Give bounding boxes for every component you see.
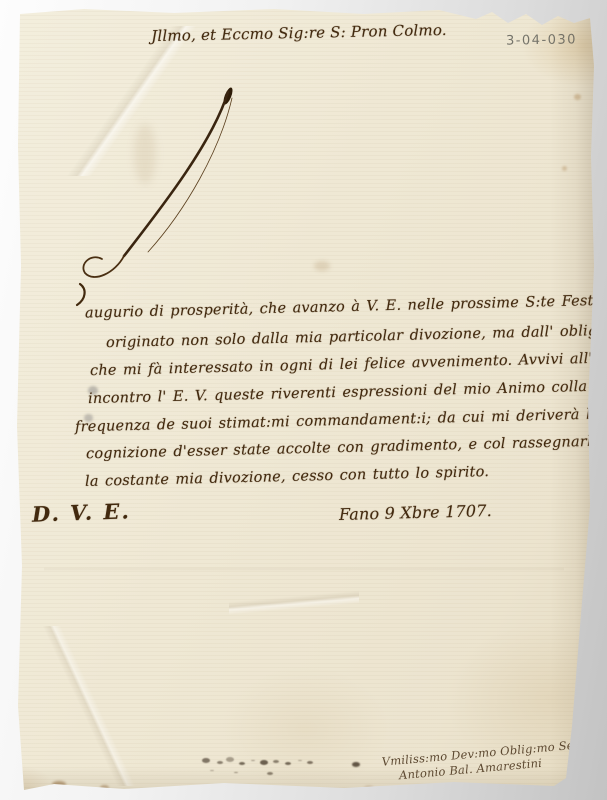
- signature-block: Vmiliss:mo Dev:mo Oblig:mo Ser:re Vero A…: [381, 733, 607, 784]
- scanner-background: Jllmo, et Eccmo Sig:re S: Pron Colmo. 3-…: [0, 0, 607, 800]
- ink-offset-stain: [202, 758, 210, 763]
- paper-crease: [32, 626, 142, 786]
- body-line: incontro l' E. V. queste riverenti espre…: [88, 379, 588, 407]
- page-curl-shading: [550, 6, 596, 792]
- foxing-spot: [52, 781, 66, 788]
- valediction: D. V. E.: [32, 498, 131, 526]
- foxing-spot: [364, 786, 374, 791]
- place-and-date: Fano 9 Xbre 1707.: [339, 501, 492, 524]
- paper-crease: [229, 526, 359, 676]
- archive-catalog-number: 3-04-030: [506, 32, 577, 48]
- letter-page: Jllmo, et Eccmo Sig:re S: Pron Colmo. 3-…: [14, 6, 596, 792]
- body-line: la costante mia divozione, cesso con tut…: [85, 464, 489, 490]
- foxing-spot: [314, 261, 330, 271]
- salutation-line: Jllmo, et Eccmo Sig:re S: Pron Colmo.: [134, 21, 464, 46]
- foxing-spot: [100, 785, 109, 790]
- foxing-spot: [574, 94, 581, 100]
- body-line: che mi fà interessato in ogni di lei fel…: [90, 351, 593, 379]
- paper-crease: [54, 26, 204, 176]
- body-line: originato non solo dalla mia particolar …: [106, 323, 607, 351]
- body-line: cognizione d'esser state accolte con gra…: [86, 434, 601, 463]
- paper-fold-line: [44, 562, 564, 576]
- body-line: augurio di prosperità, che avanzo à V. E…: [85, 292, 607, 321]
- foxing-spot: [562, 166, 567, 171]
- foxing-spot: [134, 124, 156, 184]
- body-line: frequenza de suoi stimat:mi commandament…: [75, 407, 600, 436]
